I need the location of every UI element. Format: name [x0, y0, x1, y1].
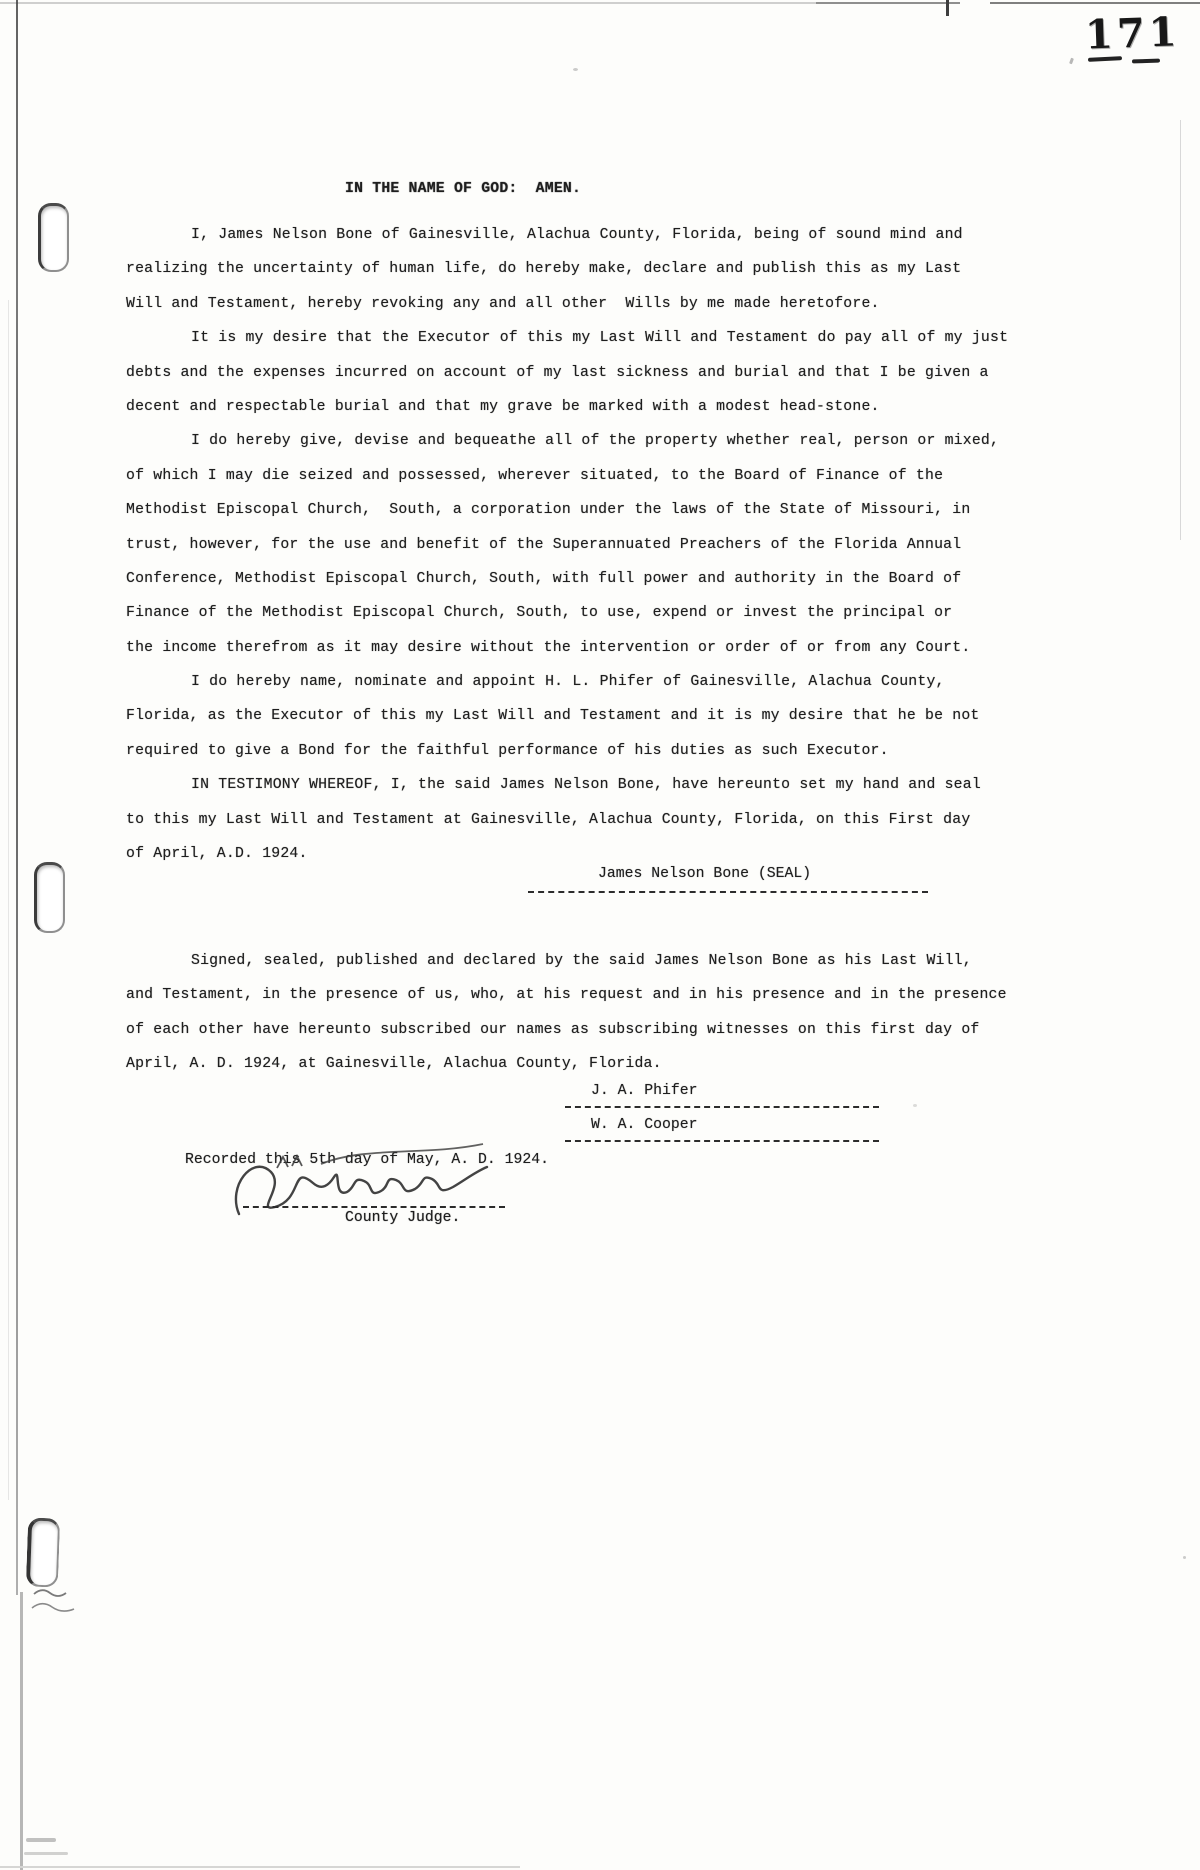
document-heading: IN THE NAME OF GOD: AMEN.	[126, 172, 1026, 206]
testator-signature: James Nelson Bone (SEAL)	[528, 858, 928, 893]
document-heading-block: IN THE NAME OF GOD: AMEN.	[126, 172, 1026, 206]
pencil-scribble	[30, 1584, 94, 1618]
text-line: Finance of the Methodist Episcopal Churc…	[126, 596, 1026, 630]
scan-edge-left-lower	[20, 1592, 23, 1870]
text-line: and Testament, in the presence of us, wh…	[126, 978, 1026, 1012]
scan-speck	[1183, 1556, 1186, 1559]
text-line: realizing the uncertainty of human life,…	[126, 252, 1026, 286]
judge-title: County Judge.	[345, 1210, 460, 1226]
text-line: required to give a Bond for the faithful…	[126, 734, 1026, 768]
scan-edge-left	[16, 0, 18, 1595]
judge-signature-rule	[243, 1180, 505, 1208]
text-line: Methodist Episcopal Church, South, a cor…	[126, 493, 1026, 527]
attestation-block: Signed, sealed, published and declared b…	[126, 944, 1026, 1082]
text-line: I do hereby name, nominate and appoint H…	[126, 665, 1026, 699]
text-line: Signed, sealed, published and declared b…	[126, 944, 1026, 978]
witness-signature: W. A. Cooper	[565, 1110, 879, 1142]
text-line: trust, however, for the use and benefit …	[126, 528, 1026, 562]
scan-edge-top	[0, 2, 1200, 4]
text-line: debts and the expenses incurred on accou…	[126, 356, 1026, 390]
stamp-underline	[1132, 59, 1160, 64]
text-line: Florida, as the Executor of this my Last…	[126, 699, 1026, 733]
text-line: IN TESTIMONY WHEREOF, I, the said James …	[126, 768, 1026, 802]
text-line: of each other have hereunto subscribed o…	[126, 1013, 1026, 1047]
scan-smudge	[24, 1852, 68, 1855]
scan-speck	[913, 1104, 917, 1107]
binder-hole	[38, 203, 69, 272]
scan-speck	[1069, 58, 1074, 65]
text-line: I do hereby give, devise and bequeathe a…	[126, 424, 1026, 458]
text-line: Conference, Methodist Episcopal Church, …	[126, 562, 1026, 596]
page-number-stamp: 171	[1084, 8, 1181, 58]
scan-speck	[573, 68, 578, 71]
text-line: Will and Testament, hereby revoking any …	[126, 287, 1026, 321]
text-line: of which I may die seized and possessed,…	[126, 459, 1026, 493]
scan-edge-bottom	[0, 1866, 520, 1868]
scan-smudge	[26, 1838, 56, 1842]
binder-hole	[26, 1517, 60, 1587]
binder-hole	[34, 862, 65, 933]
text-line: the income therefrom as it may desire wi…	[126, 631, 1026, 665]
stamp-underline	[1088, 56, 1122, 62]
scan-edge-left-faint	[8, 300, 9, 1500]
text-line: decent and respectable burial and that m…	[126, 390, 1026, 424]
scan-edge-tick	[946, 0, 949, 16]
text-line: to this my Last Will and Testament at Ga…	[126, 803, 1026, 837]
witness-signature: J. A. Phifer	[565, 1076, 879, 1108]
text-line: I, James Nelson Bone of Gainesville, Ala…	[126, 218, 1026, 252]
scanned-will-page: 171 IN THE NAME OF GOD: AMEN. I, James N…	[0, 0, 1200, 1870]
document-body: I, James Nelson Bone of Gainesville, Ala…	[126, 218, 1026, 871]
scan-edge-right	[1180, 120, 1181, 540]
text-line: It is my desire that the Executor of thi…	[126, 321, 1026, 355]
